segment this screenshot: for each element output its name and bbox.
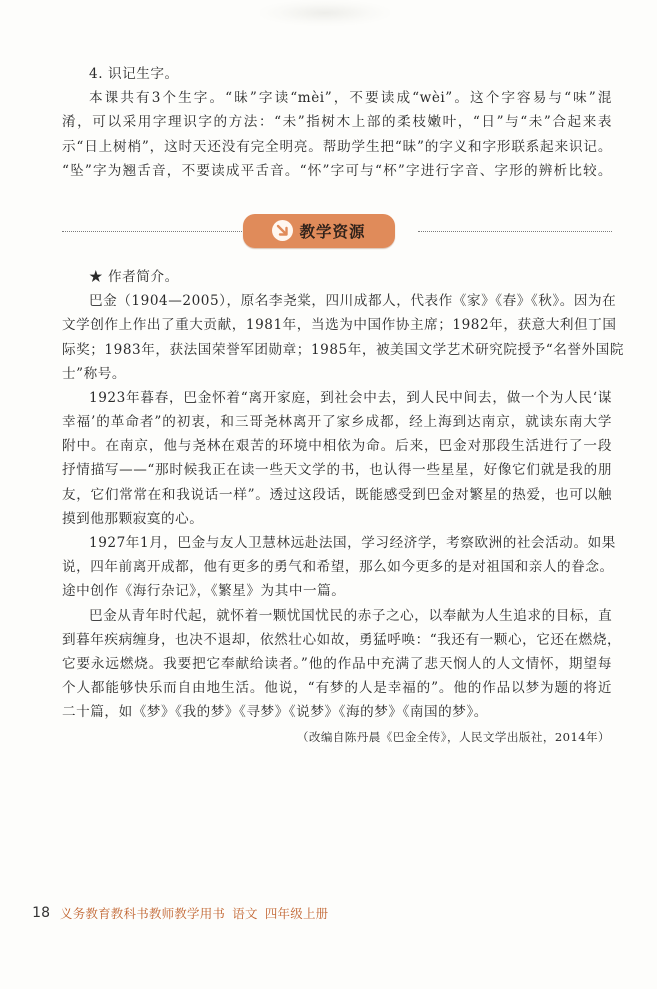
dotted-divider-right xyxy=(418,231,612,232)
teaching-resources-badge: 教学资源 xyxy=(243,214,395,248)
text-line: 附中。在南京，他与尧林在艰苦的环境中相依为命。后来，巴金对那段生活进行了一段 xyxy=(62,434,612,458)
section-title: 教学资源 xyxy=(299,220,365,242)
paragraph: 巴金从青年时代起，就怀着一颗忧国忧民的赤子之心，以奉献为人生追求的目标，直 到暮… xyxy=(62,604,612,725)
page-content: 4. 识记生字。 本课共有3个生字。“昧”字读“mèi”，不要读成“wèi”。这… xyxy=(62,62,612,749)
text-line: 巴金从青年时代起，就怀着一颗忧国忧民的赤子之心，以奉献为人生追求的目标，直 xyxy=(62,604,612,628)
text-line: 二十篇，如《梦》《我的梦》《寻梦》《说梦》《海的梦》《南国的梦》。 xyxy=(62,700,612,724)
text-line: 摸到他那颗寂寞的心。 xyxy=(62,507,612,531)
text-line: 1927年1月，巴金与友人卫慧林远赴法国，学习经济学，考察欧洲的社会活动。如果 xyxy=(62,531,612,555)
text-line: 1923年暮春，巴金怀着“离开家庭，到社会中去，到人民中间去，做一个为人民‘谋 xyxy=(62,386,612,410)
paragraph: 1923年暮春，巴金怀着“离开家庭，到社会中去，到人民中间去，做一个为人民‘谋 … xyxy=(62,386,612,531)
text-line: 文学创作上作出了重大贡献，1981年，当选为中国作协主席；1982年，获意大利但… xyxy=(62,313,612,337)
text-line: 途中创作《海行杂记》，《繁星》为其中一篇。 xyxy=(62,579,612,603)
text-line: “坠”字为翘舌音，不要读成平舌音。“怀”字可与“杯”字进行字音、字形的辨析比较。 xyxy=(62,159,612,183)
text-line: 巴金（1904—2005），原名李尧棠，四川成都人，代表作《家》《春》《秋》。因… xyxy=(62,289,612,313)
text-line: 到暮年疾病缠身，也决不退却，依然壮心如故，勇猛呼唤：“我还有一颗心，它还在燃烧， xyxy=(62,628,612,652)
section-heading: 4. 识记生字。 xyxy=(62,62,612,86)
text-line: 淆，可以采用字理识字的方法：“未”指树木上部的柔枝嫩叶，“日”与“未”合起来表 xyxy=(62,110,612,134)
section-heading: ★ 作者简介。 xyxy=(62,265,612,289)
text-line: 说，四年前离开成都，他有更多的勇气和希望，那么如今更多的是对祖国和亲人的眷念。 xyxy=(62,555,612,579)
paragraph: 1927年1月，巴金与友人卫慧林远赴法国，学习经济学，考察欧洲的社会活动。如果 … xyxy=(62,531,612,604)
text-line: 幸福’的革命者”的初衷，和三哥尧林离开了家乡成都，经上海到达南京，就读东南大学 xyxy=(62,410,612,434)
teaching-resources-header: 教学资源 xyxy=(62,212,612,252)
arrow-down-right-circle-icon xyxy=(272,220,293,241)
paragraph: 巴金（1904—2005），原名李尧棠，四川成都人，代表作《家》《春》《秋》。因… xyxy=(62,289,612,386)
page-number: 18 xyxy=(30,905,50,921)
scan-smudge xyxy=(260,0,390,26)
book-title: 义务教育教科书教师教学用书 语文 四年级上册 xyxy=(60,904,328,922)
paragraph: 本课共有3个生字。“昧”字读“mèi”，不要读成“wèi”。这个字容易与“味”混… xyxy=(62,86,612,183)
text-line: 它要永远燃烧。我要把它奉献给读者。”他的作品中充满了悲天悯人的人文情怀，期望每 xyxy=(62,652,612,676)
dotted-divider-left xyxy=(62,231,244,232)
text-line: 友，它们常常在和我说话一样”。透过这段话，既能感受到巴金对繁星的热爱，也可以触 xyxy=(62,483,612,507)
text-line: 际奖；1983年，获法国荣誉军团勋章；1985年，被美国文学艺术研究院授予“名誉… xyxy=(62,338,612,362)
citation: （改编自陈丹晨《巴金全传》，人民文学出版社，2014年） xyxy=(62,725,612,749)
section-recognize-characters: 4. 识记生字。 本课共有3个生字。“昧”字读“mèi”，不要读成“wèi”。这… xyxy=(62,62,612,183)
text-line: 士”称号。 xyxy=(62,362,612,386)
text-line: 抒情描写——“那时候我正在读一些天文学的书，也认得一些星星，好像它们就是我的朋 xyxy=(62,458,612,482)
text-line: 个人都能够快乐而自由地生活。他说，“有梦的人是幸福的”。他的作品以梦为题的将近 xyxy=(62,676,612,700)
text-line: 示“日上树梢”，这时天还没有完全明亮。帮助学生把“昧”的字义和字形联系起来识记。 xyxy=(62,135,612,159)
text-line: 本课共有3个生字。“昧”字读“mèi”，不要读成“wèi”。这个字容易与“味”混 xyxy=(62,86,612,110)
page-footer: 18 义务教育教科书教师教学用书 语文 四年级上册 xyxy=(30,904,328,922)
section-author-intro: ★ 作者简介。 巴金（1904—2005），原名李尧棠，四川成都人，代表作《家》… xyxy=(62,265,612,749)
